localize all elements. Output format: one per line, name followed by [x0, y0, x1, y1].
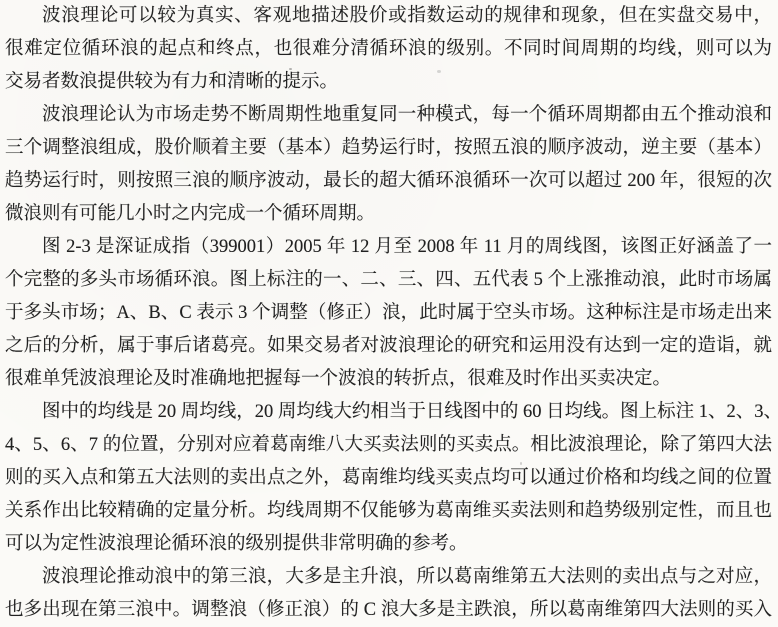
- text-line: 图 2-3 是深证成指（399001）2005 年 12 月至 2008 年 1…: [5, 231, 772, 264]
- scanned-page: 波浪理论可以较为真实、客观地描述股价或指数运动的规律和现象，但在实盘交易中， 很…: [0, 0, 778, 627]
- text-line: 三个调整浪组成，股价顺着主要（基本）趋势运行时，按照五浪的顺序波动，逆主要（基本…: [5, 132, 772, 165]
- paragraph-5: 波浪理论推动浪中的第三浪，大多是主升浪，所以葛南维第五大法则的卖出点与之对应， …: [5, 561, 772, 627]
- text-line: 之后的分析，属于事后诸葛亮。如果交易者对波浪理论的研究和运用没有达到一定的造诣，…: [5, 330, 772, 363]
- paragraph-1: 波浪理论可以较为真实、客观地描述股价或指数运动的规律和现象，但在实盘交易中， 很…: [5, 0, 772, 99]
- text-line: 于多头市场；A、B、C 表示 3 个调整（修正）浪，此时属于空头市场。这种标注是…: [5, 297, 772, 330]
- text-line: 很难定位循环浪的起点和终点，也很难分清循环浪的级别。不同时间周期的均线，则可以为: [5, 33, 772, 66]
- text-line: 也多出现在第三浪中。调整浪（修正浪）的 C 浪大多是主跌浪，所以葛南维第四大法则…: [5, 594, 772, 627]
- text-line: 趋势运行时，则按照三浪的顺序波动，最长的超大循环浪循环一次可以超过 200 年，…: [5, 165, 772, 198]
- paragraph-3: 图 2-3 是深证成指（399001）2005 年 12 月至 2008 年 1…: [5, 231, 772, 396]
- scan-artifact: [437, 70, 441, 73]
- text-line: 微浪则有可能几小时之内完成一个循环周期。: [5, 198, 772, 231]
- text-line: 波浪理论可以较为真实、客观地描述股价或指数运动的规律和现象，但在实盘交易中，: [5, 0, 772, 33]
- text-line: 波浪理论推动浪中的第三浪，大多是主升浪，所以葛南维第五大法则的卖出点与之对应，: [5, 561, 772, 594]
- text-line: 4、5、6、7 的位置，分别对应着葛南维八大买卖法则的买卖点。相比波浪理论，除了…: [5, 429, 772, 462]
- text-line: 波浪理论认为市场走势不断周期性地重复同一种模式，每一个循环周期都由五个推动浪和: [5, 99, 772, 132]
- scan-artifact: [289, 68, 292, 70]
- text-line: 则的买入点和第五大法则的卖出点之外，葛南维均线买卖点均可以通过价格和均线之间的位…: [5, 462, 772, 495]
- text-line: 关系作出比较精确的定量分析。均线周期不仅能够为葛南维买卖法则和趋势级别定性，而且…: [5, 495, 772, 528]
- text-line: 很难单凭波浪理论及时准确地把握每一个波浪的转折点，很难及时作出买卖决定。: [5, 363, 772, 396]
- paragraph-2: 波浪理论认为市场走势不断周期性地重复同一种模式，每一个循环周期都由五个推动浪和 …: [5, 99, 772, 231]
- text-line: 交易者数浪提供较为有力和清晰的提示。: [5, 66, 772, 99]
- text-line: 个完整的多头市场循环浪。图上标注的一、二、三、四、五代表 5 个上涨推动浪，此时…: [5, 264, 772, 297]
- text-line: 图中的均线是 20 周均线，20 周均线大约相当于日线图中的 60 日均线。图上…: [5, 396, 772, 429]
- scan-artifact: [520, 462, 522, 465]
- text-line: 可以为定性波浪理论循环浪的级别提供非常明确的参考。: [5, 528, 772, 561]
- paragraph-4: 图中的均线是 20 周均线，20 周均线大约相当于日线图中的 60 日均线。图上…: [5, 396, 772, 561]
